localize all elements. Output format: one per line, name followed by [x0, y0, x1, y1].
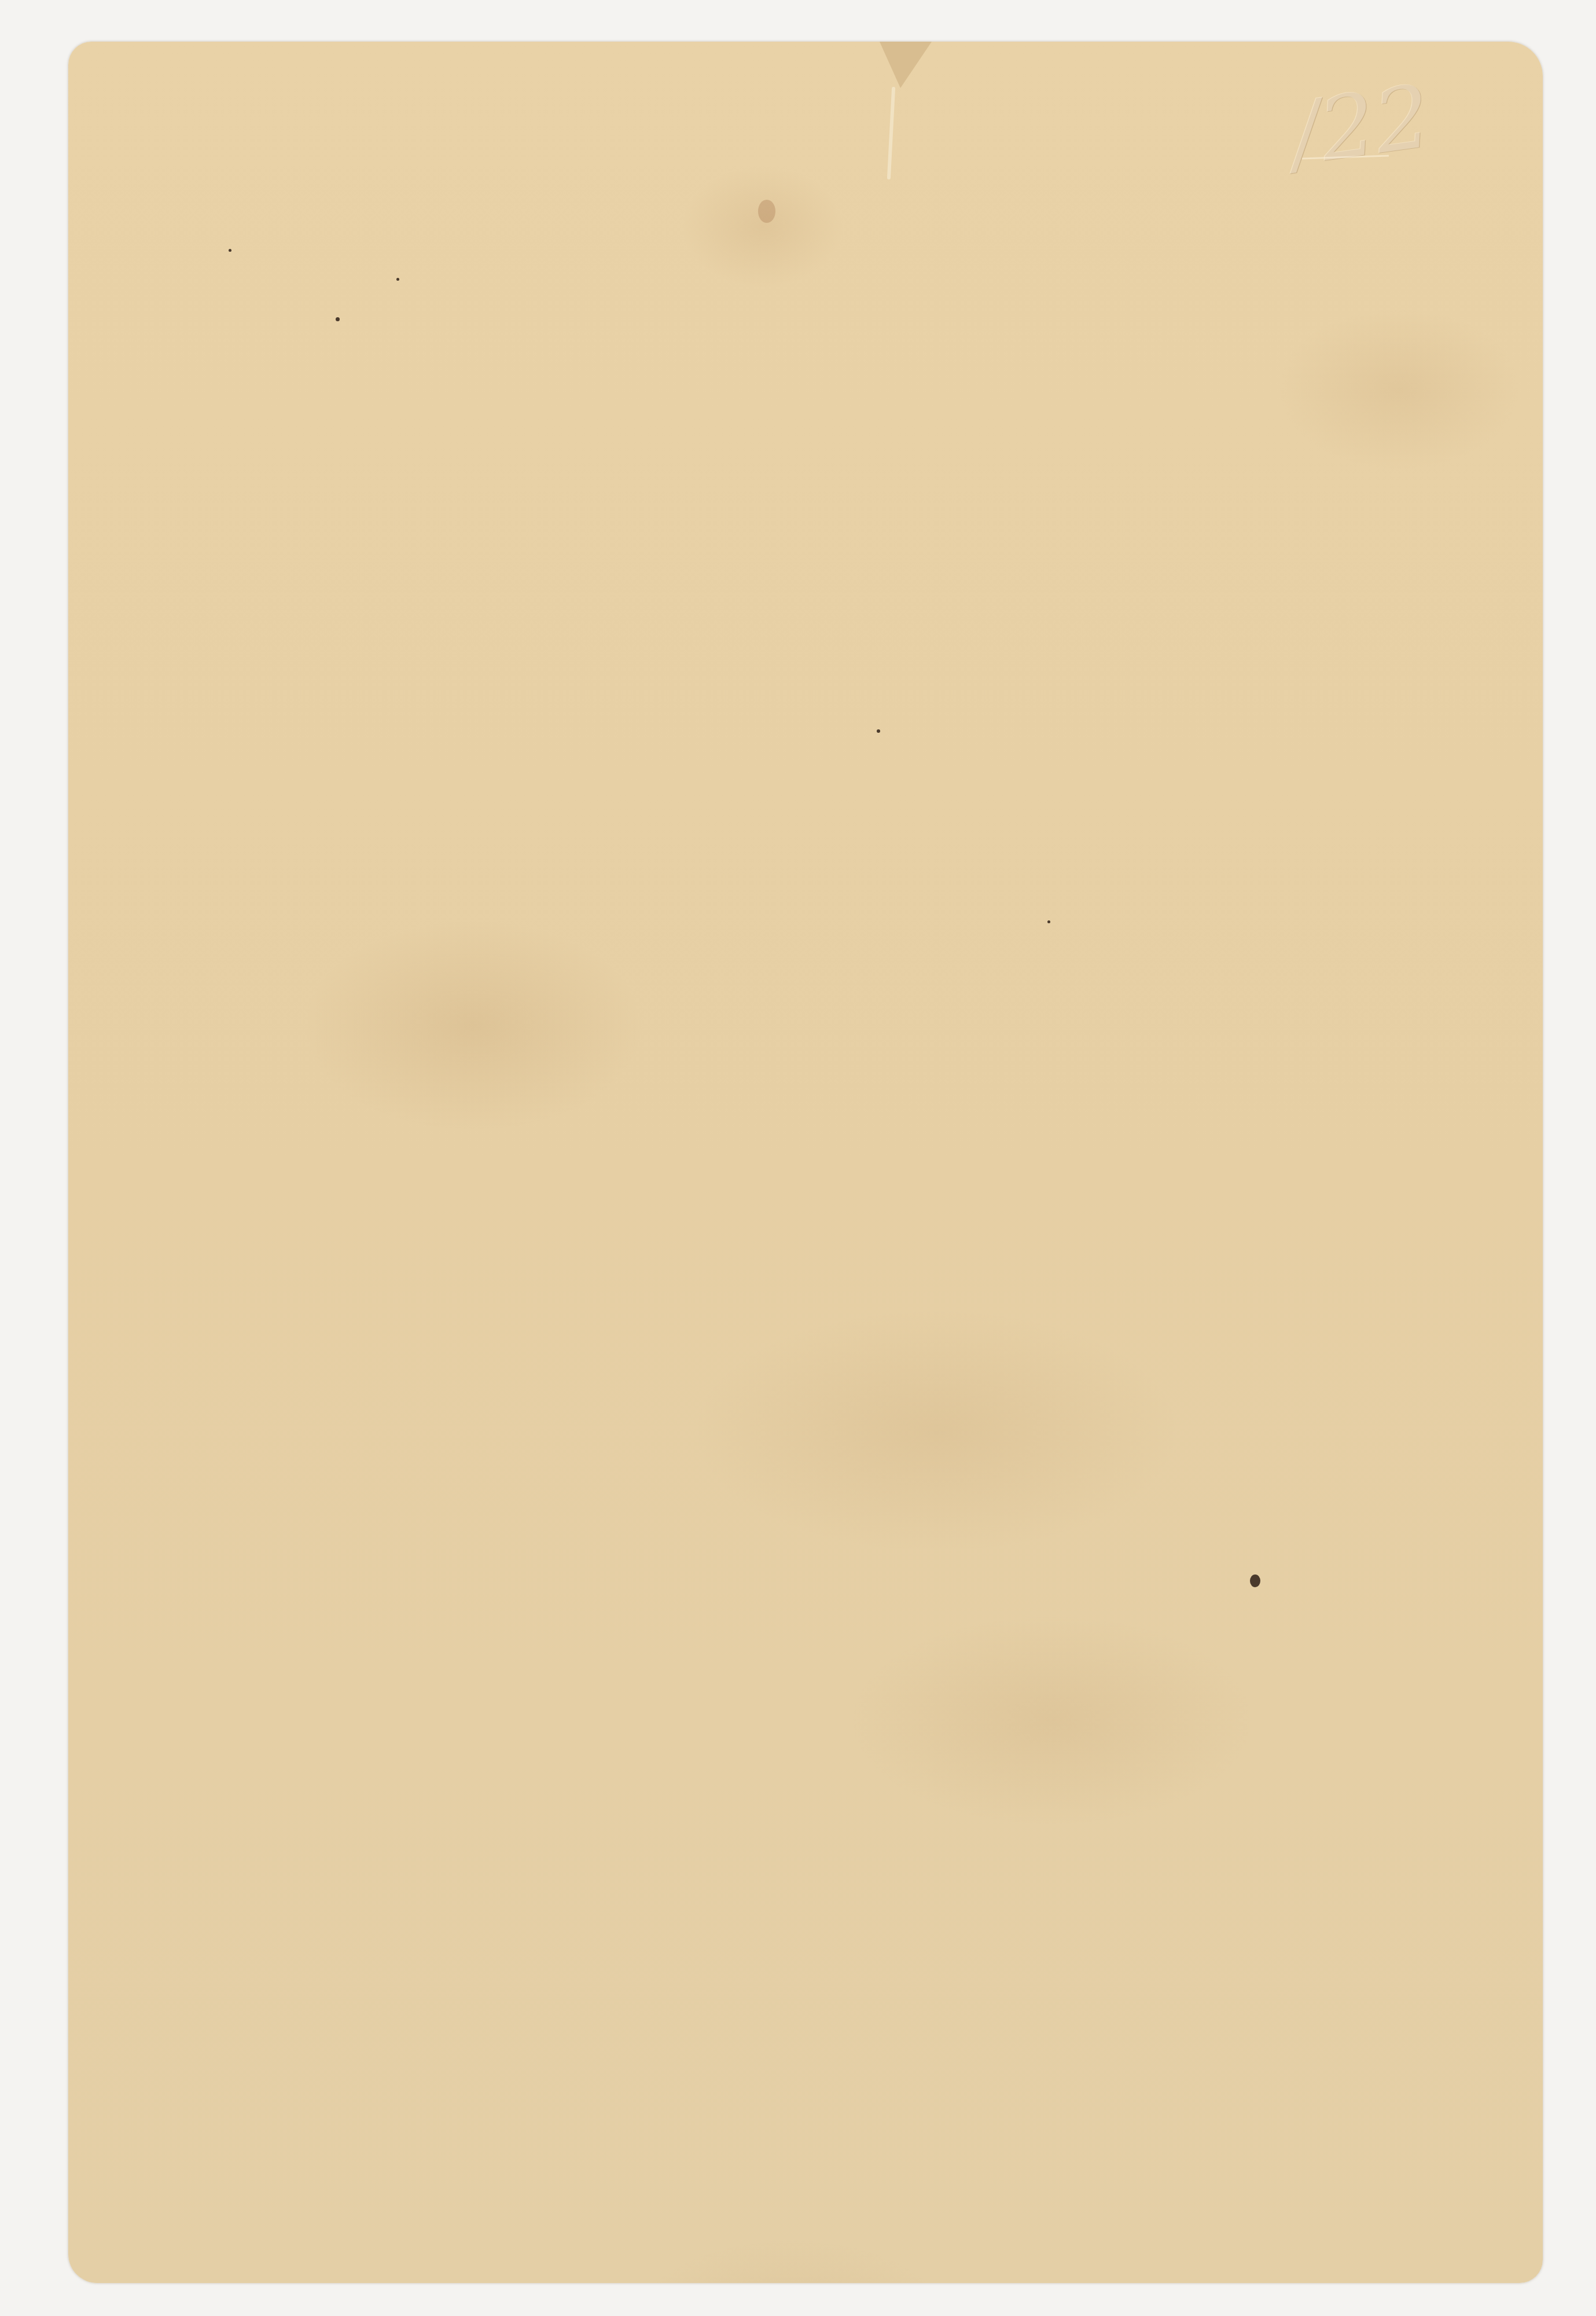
embossed-number: /22	[1284, 66, 1436, 185]
foxing-speck	[229, 249, 231, 252]
cabinet-card-back	[68, 42, 1543, 2283]
foxing-speck	[336, 317, 340, 321]
foxing-speck	[758, 200, 775, 223]
foxing-speck	[1250, 1574, 1260, 1587]
foxing-speck	[877, 729, 880, 733]
foxing-speck	[1047, 920, 1050, 923]
foxing-speck	[396, 278, 399, 281]
